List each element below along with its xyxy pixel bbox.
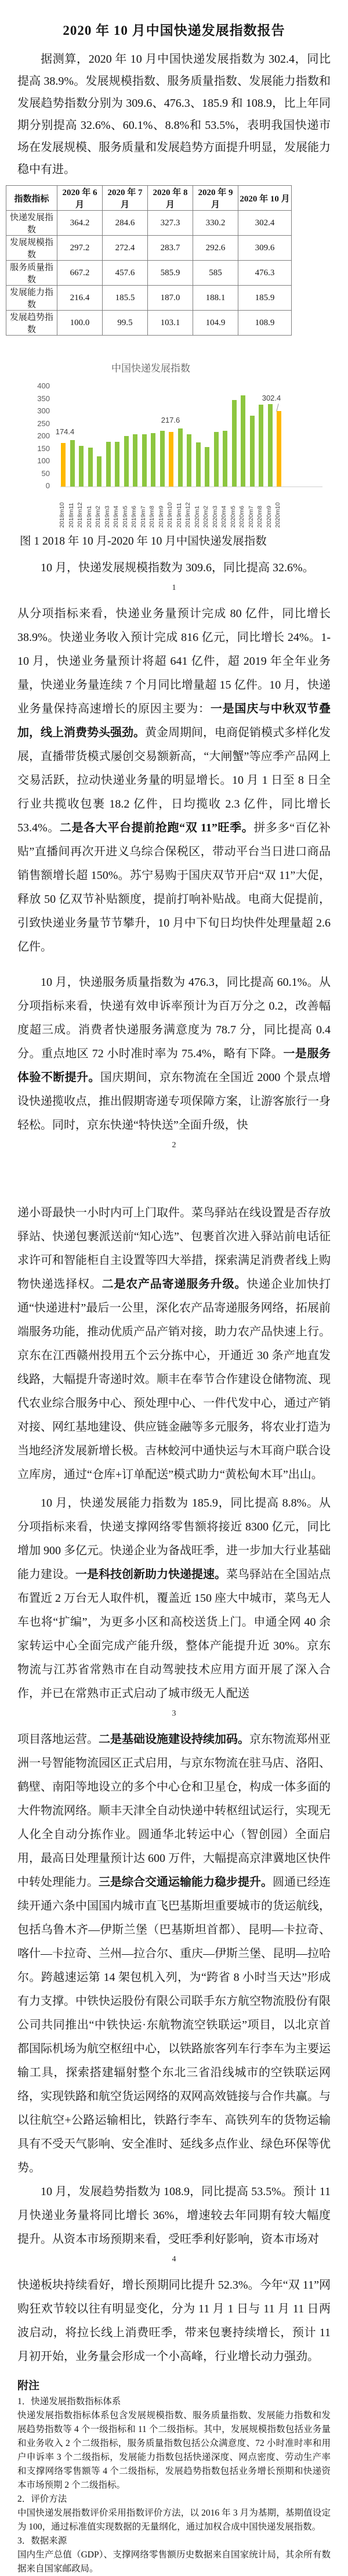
x-axis-label: 2020m1 bbox=[194, 489, 202, 528]
x-axis-label: 2020m8 bbox=[256, 489, 264, 528]
table-row: 快递发展指数364.2284.6327.3330.2302.4 bbox=[6, 211, 292, 236]
table-header-cell: 2020 年 9 月 bbox=[193, 186, 238, 211]
data-label-2018m10: 174.4 bbox=[48, 427, 82, 436]
table-row: 发展趋势指数100.099.5103.1104.9108.9 bbox=[6, 311, 292, 336]
table-row: 服务质量指数667.2457.6585.9585476.3 bbox=[6, 261, 292, 286]
note-body: 快递发展指数指标体系包含发展规模指数、服务质量指数、发展能力指数和发展趋势指数等… bbox=[17, 2409, 331, 2492]
emphasis-text: 三是综合交通运输能力稳步提升。 bbox=[99, 1876, 273, 1889]
cell-value: 216.4 bbox=[57, 286, 103, 311]
notes-list: 1．快递发展指数指标体系 快递发展指数指标体系包含发展规模指数、服务质量指数、发… bbox=[0, 2395, 348, 2576]
paragraph-quality-part2: 递小哥最快一小时内可上门取件。菜鸟驿站在线设置是否存放驿站、快递包裹派送前“知心… bbox=[17, 1201, 331, 1487]
index-table-body: 快递发展指数364.2284.6327.3330.2302.4发展规模指数297… bbox=[6, 211, 292, 336]
x-axis-label: 2019m12 bbox=[184, 489, 193, 528]
index-table: 指数指标2020 年 6 月2020 年 7 月2020 年 8 月2020 年… bbox=[6, 185, 292, 336]
body-text: 京东物流郑州亚洲一号智能物流园区正式启用，与京东物流在驻马店、洛阳、鹤壁、南阳等… bbox=[17, 1733, 331, 1889]
x-axis-label: 2020m4 bbox=[220, 489, 229, 528]
cell-value: 327.3 bbox=[148, 211, 193, 236]
x-axis-label: 2019m10 bbox=[166, 489, 175, 528]
emphasis-text: 一是科技创新助力快递提速。 bbox=[75, 1568, 226, 1581]
bar-2020m1 bbox=[196, 442, 201, 487]
x-axis-label: 2019m9 bbox=[158, 489, 166, 528]
y-axis-label: 400 bbox=[21, 381, 50, 390]
table-header-cell: 指数指标 bbox=[6, 186, 57, 211]
row-label: 发展规模指数 bbox=[6, 236, 57, 261]
cell-value: 185.9 bbox=[238, 286, 292, 311]
x-axis-label: 2018m12 bbox=[77, 489, 85, 528]
body-text: 从分项指标来看，快递业务量预计完成 80 亿件，同比增长 38.9%。快递业务收… bbox=[17, 607, 331, 715]
emphasis-text: 二是各大平台提前抢跑“双 11”旺季。 bbox=[60, 822, 253, 834]
bar-2019m8 bbox=[151, 433, 155, 487]
page-number-3: 3 bbox=[0, 1707, 348, 1721]
table-header-cell: 2020 年 8 月 bbox=[148, 186, 193, 211]
bar-2019m9 bbox=[160, 431, 165, 487]
cell-value: 103.1 bbox=[148, 311, 193, 336]
page-title: 2020 年 10 月中国快递发展指数报告 bbox=[17, 20, 331, 39]
bar-2020m6 bbox=[241, 395, 245, 487]
cell-value: 292.6 bbox=[193, 236, 238, 261]
cell-value: 309.6 bbox=[238, 236, 292, 261]
paragraph-trend-part1: 10 月，发展趋势指数为 108.9，同比提高 53.5%。预计 11 月快递业… bbox=[17, 2180, 331, 2251]
figure-caption: 图 1 2018 年 10 月-2020 年 10 月中国快递发展指数 bbox=[20, 533, 331, 550]
development-index-chart: 中国快递发展指数 400350300250200150100500 2018m1… bbox=[0, 346, 348, 531]
y-axis-label: 200 bbox=[21, 431, 50, 440]
cell-value: 330.2 bbox=[193, 211, 238, 236]
bar-2019m2 bbox=[97, 456, 101, 487]
bar-2019m12 bbox=[187, 434, 191, 487]
cell-value: 284.6 bbox=[103, 211, 148, 236]
cell-value: 104.9 bbox=[193, 311, 238, 336]
cell-value: 297.2 bbox=[57, 236, 103, 261]
body-text: 快递企业加快打通“快递进村”最后一公里，深化农产品寄递服务网络，拓展前端服务功能… bbox=[17, 1278, 331, 1481]
x-axis-label: 2019m3 bbox=[104, 489, 112, 528]
table-row: 发展能力指数216.4185.5187.0188.1185.9 bbox=[6, 286, 292, 311]
row-label: 发展能力指数 bbox=[6, 286, 57, 311]
bar-2020m5 bbox=[232, 400, 237, 487]
bar-2020m4 bbox=[223, 431, 227, 487]
cell-value: 108.9 bbox=[238, 311, 292, 336]
body-text: 拼多多“百亿补贴”直播间再次开进义乌综合保税区，带动平台当日进口商品销售额增长超… bbox=[17, 822, 331, 953]
page-number-2: 2 bbox=[0, 1139, 348, 1152]
row-label: 服务质量指数 bbox=[6, 261, 57, 286]
data-label-2019m10: 217.6 bbox=[153, 416, 188, 424]
cell-value: 364.2 bbox=[57, 211, 103, 236]
x-axis-label: 2019m6 bbox=[130, 489, 139, 528]
cell-value: 667.2 bbox=[57, 261, 103, 286]
body-text: 项目落地运营。 bbox=[17, 1733, 99, 1746]
paragraph-capability-part1: 10 月，快递发展能力指数为 185.9，同比提高 8.8%。从分项指标来看，快… bbox=[17, 1491, 331, 1706]
cell-value: 188.1 bbox=[193, 286, 238, 311]
bar-2019m10 bbox=[169, 432, 173, 487]
table-header-cell: 2020 年 6 月 bbox=[57, 186, 103, 211]
bar-2018m11 bbox=[70, 440, 75, 487]
table-header-cell: 2020 年 10 月 bbox=[238, 186, 292, 211]
paragraph-scale-lead: 10 月，快递发展规模指数为 309.6，同比提高 32.6%。 bbox=[17, 556, 331, 580]
table-header-row: 指数指标2020 年 6 月2020 年 7 月2020 年 8 月2020 年… bbox=[6, 186, 292, 211]
cell-value: 272.4 bbox=[103, 236, 148, 261]
row-label: 发展趋势指数 bbox=[6, 311, 57, 336]
y-axis-label: 350 bbox=[21, 394, 50, 403]
emphasis-text: 二是基础设施建设持续加码。 bbox=[99, 1733, 249, 1746]
x-axis-labels: 2018m102018m112018m122019m12019m22019m32… bbox=[60, 489, 292, 528]
table-header-cell: 2020 年 7 月 bbox=[103, 186, 148, 211]
x-axis-label: 2019m1 bbox=[86, 489, 94, 528]
bar-2020m10 bbox=[277, 411, 281, 487]
x-axis-label: 2019m5 bbox=[122, 489, 130, 528]
bar-2020m9 bbox=[268, 404, 273, 487]
page-number-4: 4 bbox=[0, 2253, 348, 2267]
x-axis-label: 2020m3 bbox=[212, 489, 220, 528]
x-axis-label: 2019m2 bbox=[95, 489, 103, 528]
body-text: 10 月，发展趋势指数为 108.9，同比提高 53.5%。预计 11 月快递业… bbox=[17, 2185, 331, 2246]
y-axis-label: 50 bbox=[21, 469, 50, 478]
bar-2019m5 bbox=[124, 436, 129, 487]
bar-2019m1 bbox=[88, 448, 93, 487]
bar-2020m7 bbox=[250, 416, 255, 487]
note-title: 1．快递发展指数指标体系 bbox=[17, 2395, 331, 2409]
paragraph-quality-part1: 10 月，快递服务质量指数为 476.3，同比提高 60.1%。从分项指标来看，… bbox=[17, 971, 331, 1137]
x-axis-label: 2020m9 bbox=[266, 489, 274, 528]
bar-2018m10 bbox=[61, 443, 66, 487]
notes-heading: 附注 bbox=[17, 2377, 331, 2393]
bar-2020m3 bbox=[214, 432, 219, 487]
y-axis-label: 0 bbox=[21, 481, 50, 490]
bar-2019m7 bbox=[142, 434, 147, 487]
cell-value: 99.5 bbox=[103, 311, 148, 336]
chart-title: 中国快递发展指数 bbox=[0, 360, 302, 374]
page-number-1: 1 bbox=[0, 581, 348, 595]
x-axis-label: 2019m8 bbox=[148, 489, 157, 528]
paragraph-scale-rest: 从分项指标来看，快递业务量预计完成 80 亿件，同比增长 38.9%。快递业务收… bbox=[17, 602, 331, 959]
x-axis-label: 2020m2 bbox=[202, 489, 211, 528]
body-text: 快递板块持续看好，增长预期同比提升 52.3%。今年“双 11”网购狂欢节较以往… bbox=[17, 2279, 331, 2363]
note-title: 3．数据来源 bbox=[17, 2534, 331, 2548]
note-body: 国内生产总值（GDP）、支撑网络零售额历史数据来自国家统计局，其余所有数据来自国… bbox=[17, 2548, 331, 2576]
cell-value: 100.0 bbox=[57, 311, 103, 336]
data-label-2020m10: 302.4 bbox=[254, 394, 289, 402]
cell-value: 283.7 bbox=[148, 236, 193, 261]
x-axis-label: 2020m5 bbox=[230, 489, 238, 528]
cell-value: 457.6 bbox=[103, 261, 148, 286]
cell-value: 585 bbox=[193, 261, 238, 286]
body-text: 黄金周期间，电商促销模式多样化发展，直播带货模式屡创交易额新高，“大闸蟹”等应季… bbox=[17, 726, 331, 834]
body-text: 圆通已经连续开通六条中国国内城市直飞巴基斯坦重要城市的货运航线，包括乌鲁木齐—伊… bbox=[17, 1876, 331, 2174]
bar-2020m2 bbox=[205, 447, 209, 487]
note-body: 中国快递发展指数评价采用指数评价方法，以 2016 年 3 月为基期，基期值设定… bbox=[17, 2506, 331, 2534]
body-text: 据测算，2020 年 10 月中国快递发展指数为 302.4，同比提高 38.9… bbox=[17, 53, 331, 176]
bar-2019m3 bbox=[106, 442, 111, 487]
x-axis-label: 2020m6 bbox=[238, 489, 246, 528]
y-axis-label: 250 bbox=[21, 419, 50, 428]
cell-value: 476.3 bbox=[238, 261, 292, 286]
bar-2019m4 bbox=[115, 442, 119, 487]
paragraph-trend-part2: 快递板块持续看好，增长预期同比提升 52.3%。今年“双 11”网购狂欢节较以往… bbox=[17, 2274, 331, 2369]
bar-2019m6 bbox=[133, 434, 137, 487]
y-axis-label: 150 bbox=[21, 444, 50, 453]
x-axis-label: 2018m11 bbox=[68, 489, 76, 528]
cell-value: 585.9 bbox=[148, 261, 193, 286]
x-axis-label: 2020m10 bbox=[274, 489, 282, 528]
table-row: 发展规模指数297.2272.4283.7292.6309.6 bbox=[6, 236, 292, 261]
y-axis-label: 300 bbox=[21, 406, 50, 415]
cell-value: 302.4 bbox=[238, 211, 292, 236]
report-document: 2020 年 10 月中国快递发展指数报告 据测算，2020 年 10 月中国快… bbox=[0, 20, 348, 2576]
x-axis-label: 2018m10 bbox=[59, 489, 67, 528]
cell-value: 185.5 bbox=[103, 286, 148, 311]
bar-2018m12 bbox=[79, 446, 84, 487]
intro-paragraph: 据测算，2020 年 10 月中国快递发展指数为 302.4，同比提高 38.9… bbox=[17, 48, 331, 181]
x-axis-label: 2019m7 bbox=[140, 489, 148, 528]
bar-2020m8 bbox=[259, 405, 263, 487]
x-axis-label: 2019m4 bbox=[113, 489, 121, 528]
x-axis-label: 2019m11 bbox=[176, 489, 184, 528]
y-axis-label: 100 bbox=[21, 456, 50, 465]
x-axis-label: 2020m7 bbox=[248, 489, 256, 528]
paragraph-capability-part2: 项目落地运营。二是基础设施建设持续加码。京东物流郑州亚洲一号智能物流园区正式启用… bbox=[17, 1728, 331, 2180]
emphasis-text: 二是农产品寄递服务升级。 bbox=[102, 1278, 247, 1291]
body-text: 10 月，快递发展规模指数为 309.6，同比提高 32.6%。 bbox=[41, 561, 314, 574]
bar-2019m11 bbox=[178, 428, 183, 487]
body-text: 菜鸟驿站在全国站点布置近 2 万台无人取件机，覆盖近 150 座大中城市，菜鸟无… bbox=[17, 1568, 331, 1700]
cell-value: 187.0 bbox=[148, 286, 193, 311]
note-title: 2．评价方法 bbox=[17, 2492, 331, 2506]
row-label: 快递发展指数 bbox=[6, 211, 57, 236]
